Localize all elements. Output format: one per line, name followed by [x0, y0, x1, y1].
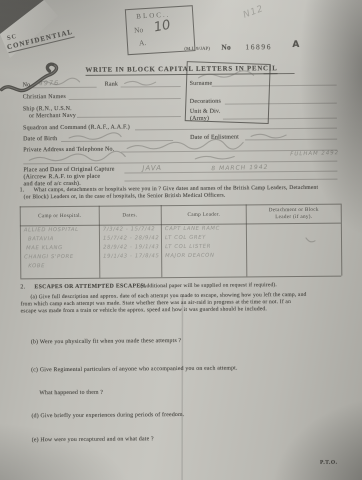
field-label-decorations: Decorations — [190, 99, 221, 105]
table-row-dates: 28/9/42 - 19/1/43 — [103, 244, 159, 250]
block-stamp-series: A. — [139, 38, 147, 47]
table-row-leader: LT COL LISTER — [165, 244, 211, 250]
question-b: (b) Were you physically fit when you mad… — [31, 338, 181, 345]
field-rule — [245, 139, 337, 141]
section2-title: ESCAPES OR ATTEMPTED ESCAPES. — [34, 283, 145, 290]
table-border-bottom — [20, 276, 341, 280]
field-label-squadron: Squadron and Command (R.A.F., A.A.F.) — [23, 124, 130, 131]
col-header-detachment-2: Leader (if any). — [275, 214, 312, 220]
serial-number: 16896 — [245, 42, 272, 51]
form-content: BLOC.. No 10 A. N12 (M.I. 9/JAP) No 1689… — [0, 0, 362, 480]
field-label-enlistment: Date of Enlistment — [190, 134, 239, 140]
field-rule — [69, 98, 181, 100]
field-rule — [135, 128, 337, 131]
block-stamp-no-value: 10 — [153, 18, 172, 36]
confidential-stamp: SC CONFIDENTIAL — [6, 28, 74, 53]
series-letter: A — [292, 40, 299, 50]
ref-code: (M.I. 9/JAP) — [184, 46, 210, 51]
col-header-dates: Dates. — [122, 212, 137, 218]
pto-label: P.T.O. — [320, 460, 338, 466]
section2-number: 2. — [20, 284, 25, 290]
section2-note: (Additional paper will be supplied on re… — [140, 282, 277, 289]
pencil-note: N12 — [242, 4, 265, 21]
serial-no-label: No — [221, 43, 231, 52]
field-rule — [225, 103, 337, 105]
table-row-dates: 19/1/43 - 17/8/45 — [103, 253, 159, 259]
table-vline — [341, 204, 343, 276]
handwriting-capture-place: JAVA — [142, 164, 162, 173]
field-label-christian-names: Christian Names — [23, 94, 66, 100]
question-e: (e) How were you recaptured and on what … — [32, 436, 154, 443]
field-label-unit-2: (Army) — [190, 116, 209, 122]
handwriting-phone: FULHAM 2492 — [290, 150, 339, 157]
field-label-address: Private Address and Telephone No. — [23, 147, 114, 154]
table-row-leader: MAJOR DEACON — [165, 253, 214, 259]
confidential-text: CONFIDENTIAL — [6, 28, 74, 53]
field-label-ship-1: Ship (R.N., U.S.N. — [23, 106, 72, 112]
field-rule — [124, 179, 337, 182]
table-row-camp: CHANGI S'PORE — [24, 254, 74, 260]
field-label-no: No. — [23, 82, 32, 88]
question-a-line3: escape was made from a train or vehicle … — [21, 306, 267, 314]
table-vline — [99, 206, 101, 278]
table-vline — [246, 204, 248, 276]
table-row-dates: 15/7/42 - 28/9/42 — [103, 235, 159, 241]
col-header-camp: Camp or Hospital. — [38, 213, 81, 219]
col-header-detachment-1: Detachment or Block — [269, 207, 319, 213]
question-c: (c) Give Regimental particulars of anyon… — [31, 366, 238, 374]
field-rule — [61, 140, 173, 142]
table-row-camp: MAE KLANG — [26, 245, 63, 251]
col-header-leader: Camp Leader. — [187, 212, 220, 218]
table-vline — [161, 205, 163, 277]
question-c2: What happened to them ? — [39, 390, 103, 397]
section1-line2: (or Block) Leaders or, in the case of ho… — [24, 193, 226, 201]
table-row-leader: LT COL GREY — [165, 235, 206, 241]
table-vline — [20, 206, 22, 278]
field-label-unit-1: Unit & Div. — [190, 109, 221, 115]
field-rule — [212, 85, 337, 87]
handwriting-service-no: 4976 — [39, 79, 60, 88]
table-row-camp: BATAVIA — [28, 236, 54, 242]
field-label-capture-1: Place and Date of Original Capture — [23, 167, 114, 174]
paper-crease — [180, 296, 184, 480]
question-d: (d) Give briefly your experiences during… — [32, 412, 185, 419]
field-label-dob: Date of Birth — [23, 136, 57, 142]
field-label-rank: Rank — [105, 82, 119, 88]
table-row-camp: KOBE — [28, 263, 45, 269]
field-label-capture-2: (Aircrew R.A.F. to give place — [23, 174, 100, 181]
field-label-ship-2: or Merchant Navy — [29, 113, 76, 119]
table-row-camp: ALLIED HOSPITAL — [24, 227, 79, 233]
section1-line1: What camps, detachments or hospitals wer… — [34, 185, 319, 193]
table-row-dates: 7/3/42 - 15/7/42 — [103, 226, 155, 232]
field-rule — [121, 86, 181, 88]
block-stamp-no-label: No — [134, 25, 144, 35]
scanned-form-photo: BLOC.. No 10 A. N12 (M.I. 9/JAP) No 1689… — [0, 0, 362, 480]
section1-number: 1. — [20, 187, 25, 193]
table-row-leader: CAPT LANE RAMC — [165, 226, 220, 232]
field-rule — [77, 116, 181, 118]
field-label-surname: Surname — [190, 81, 213, 87]
handwriting-capture-date: 8 MARCH 1942 — [211, 164, 268, 172]
field-rule — [223, 118, 337, 120]
field-rule — [23, 161, 337, 165]
camps-table: Camp or Hospital. Dates. Camp Leader. De… — [0, 0, 360, 2]
